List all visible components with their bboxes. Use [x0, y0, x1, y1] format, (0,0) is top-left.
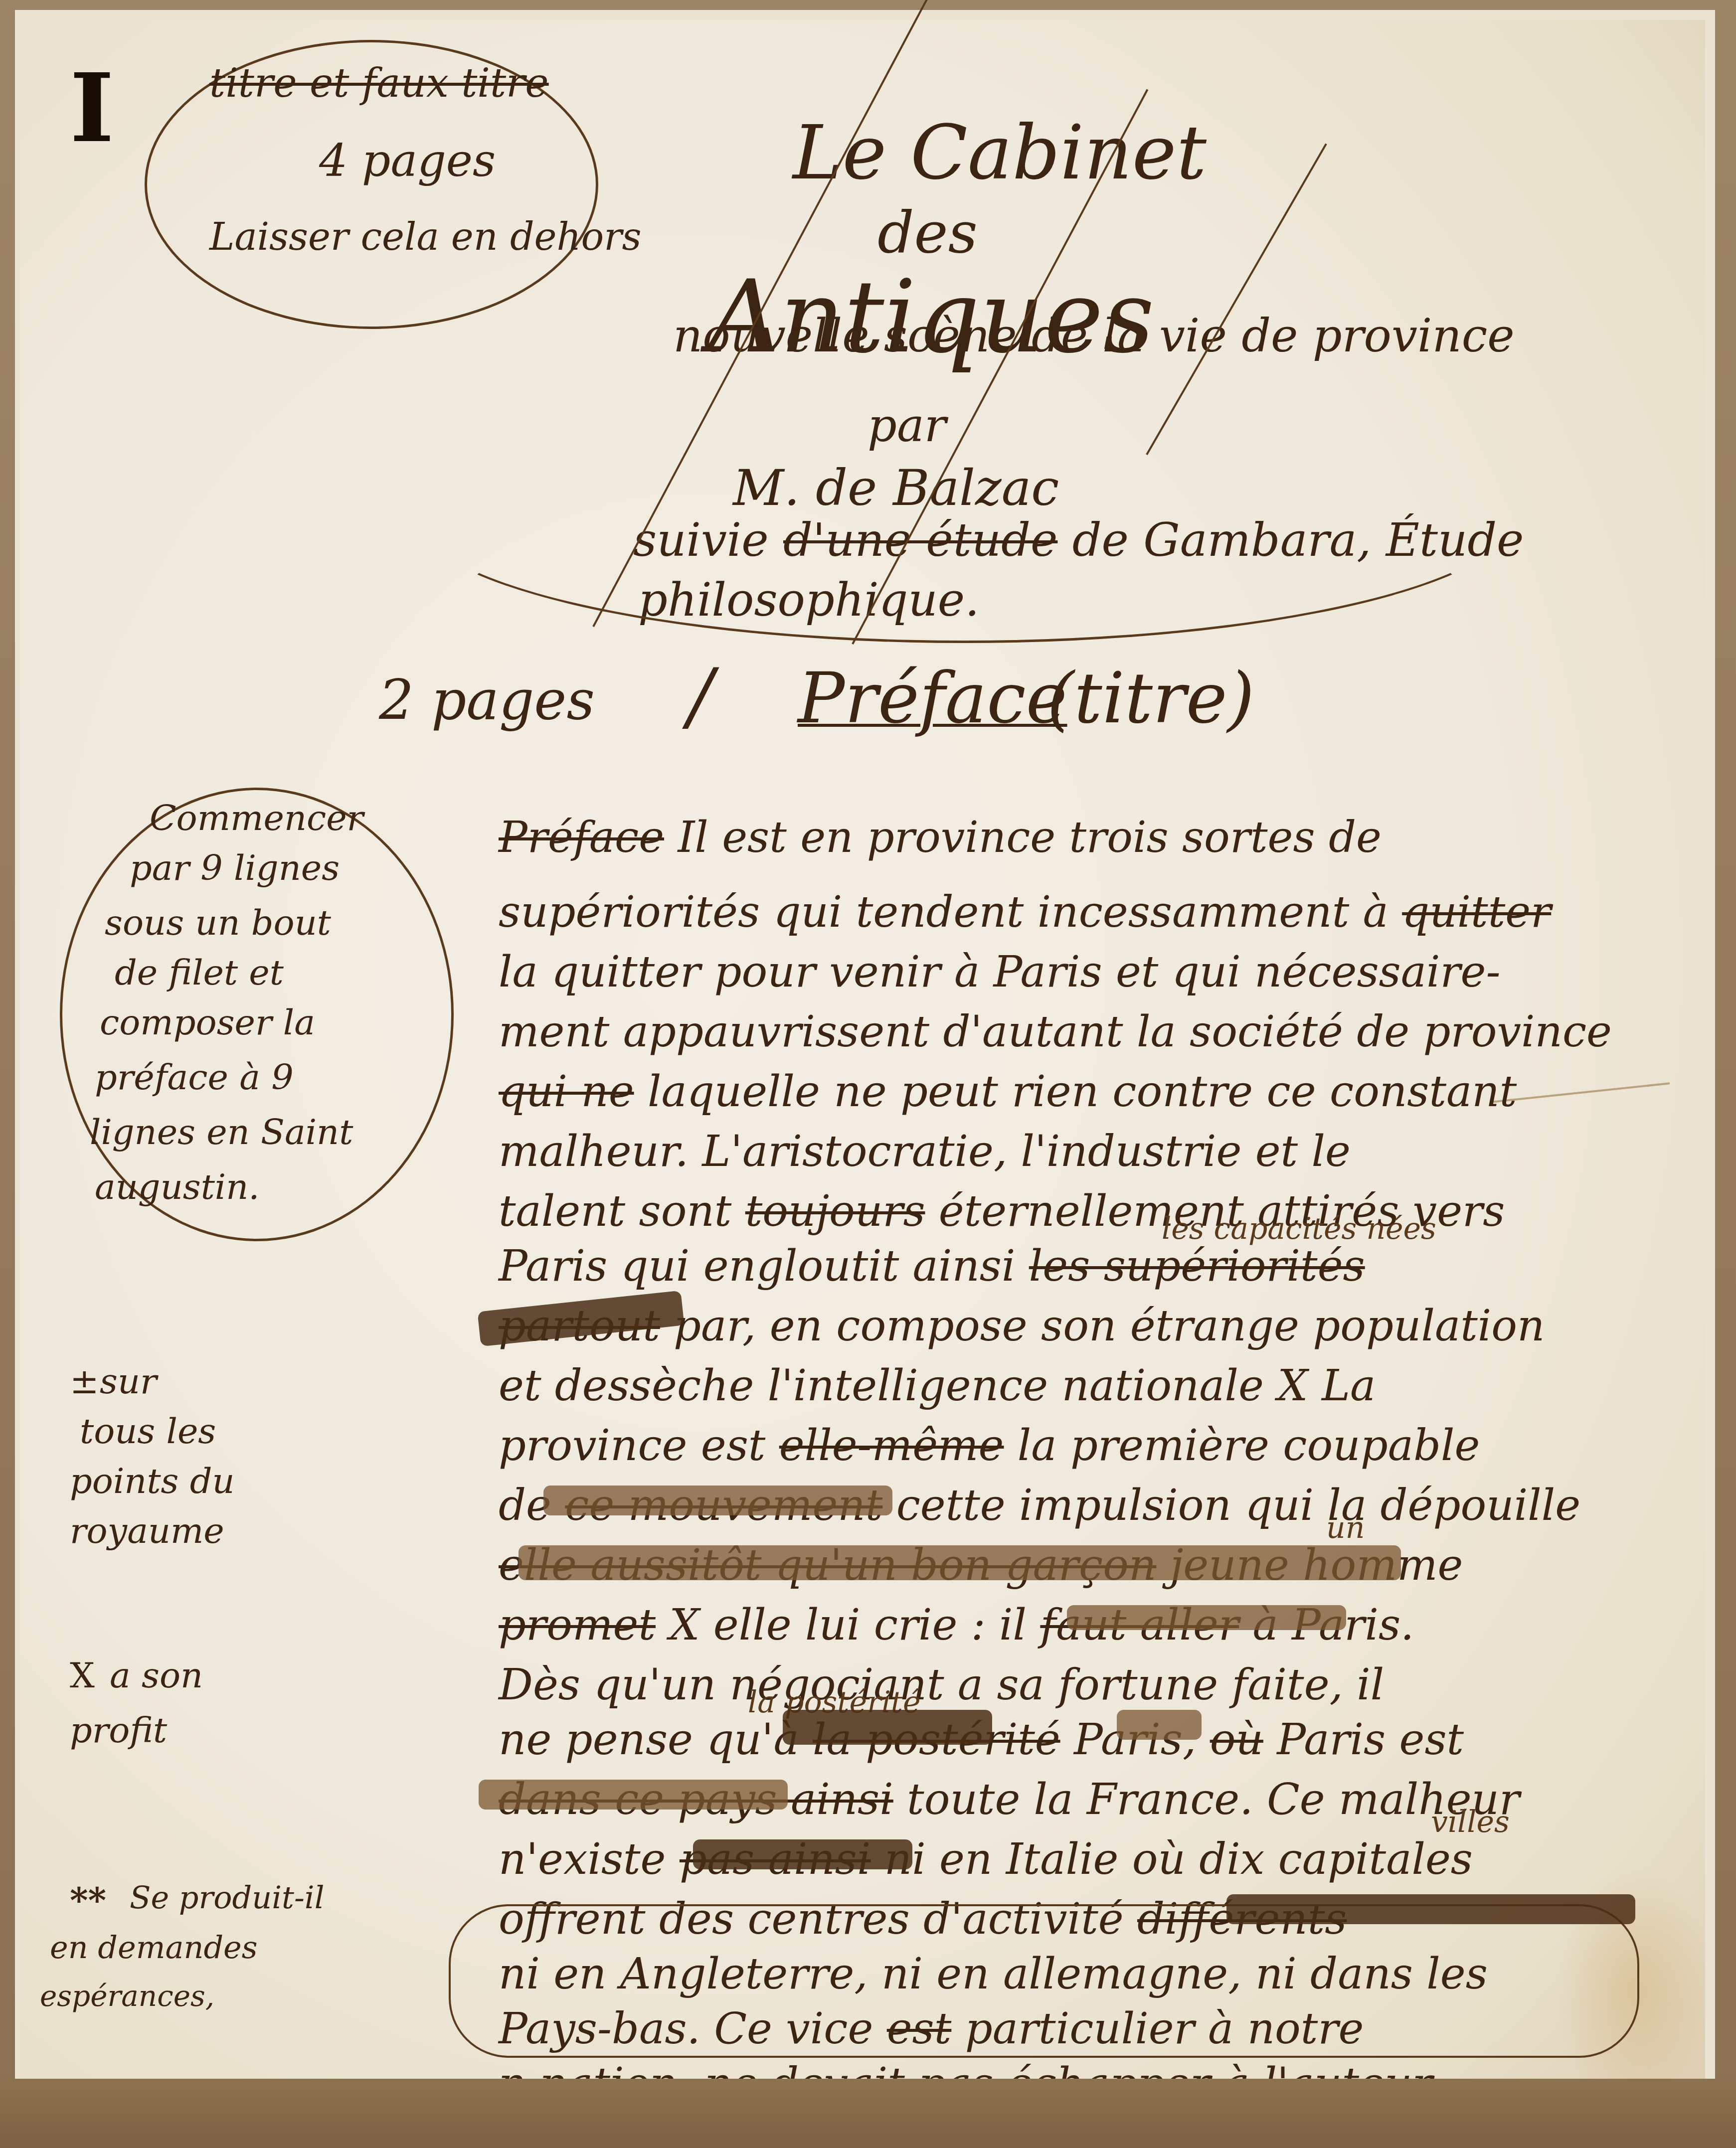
ink-blot [783, 1710, 992, 1745]
body-line: Pays-bas. Ce vice est particulier à notr… [499, 2004, 1364, 2054]
title-line-1: Le Cabinet [793, 110, 1207, 196]
line-text: laquelle ne peut rien contre ce constant [648, 1067, 1517, 1117]
cancel-curve [409, 379, 1521, 643]
note-line: Laisser cela en dehors [209, 214, 642, 259]
body-line: malheur. L'aristocratie, l'industrie et … [499, 1127, 1351, 1176]
line-text: capitales [1278, 1834, 1473, 1884]
ink-blot [1067, 1605, 1346, 1630]
struck-text: qui ne [499, 1067, 634, 1117]
body-line: ni en Angleterre, ni en allemagne, ni da… [499, 1949, 1488, 1999]
title-line-2: des [877, 199, 978, 266]
note-line: préface à 9 [95, 1057, 294, 1098]
note-line: royaume [70, 1510, 224, 1551]
ink-blot [479, 1780, 788, 1810]
margin-marker: ** [70, 1879, 106, 1921]
margin-marker: X [70, 1655, 95, 1696]
struck-text: quitter [1402, 887, 1551, 937]
note-line: a son [110, 1655, 203, 1696]
line-text: Il est en province trois sortes de [678, 813, 1381, 862]
note-line: points du [70, 1461, 235, 1501]
ink-blot [1117, 1710, 1202, 1740]
note-line: titre et faux titre [209, 60, 549, 106]
struck-text: promet [499, 1600, 656, 1650]
note-line: tous les [80, 1411, 216, 1452]
body-line: qui ne laquelle ne peut rien contre ce c… [499, 1067, 1517, 1117]
body-line: n'existe pas ainsi ni en Italie où dix c… [499, 1834, 1473, 1884]
preface-marker: / [688, 653, 713, 740]
line-text: n'existe [499, 1834, 666, 1884]
body-line: la quitter pour venir à Paris et qui néc… [499, 947, 1501, 997]
preface-note: (titre) [1047, 658, 1254, 739]
note-line: espérances, [40, 1979, 214, 2013]
body-line: supériorités qui tendent incessamment à … [499, 887, 1551, 937]
preface-title: Préface [798, 658, 1067, 739]
note-line: augustin. [95, 1166, 259, 1207]
note-line: 4 pages [319, 135, 496, 187]
line-text: la première coupable [1018, 1421, 1480, 1471]
struck-text: les supériorités [1029, 1241, 1365, 1291]
subtitle: nouvelle scène de la vie de province [673, 309, 1515, 362]
line-text: Paris est [1277, 1715, 1464, 1765]
note-line: sous un bout [105, 902, 331, 943]
page-bottom-edge [0, 2079, 1736, 2148]
note-line: composer la [100, 1002, 315, 1043]
body-line: Dès qu'un négociant a sa fortune faite, … [499, 1660, 1384, 1710]
note-line: en demandes [50, 1929, 258, 1966]
note-line: de filet et [115, 952, 284, 993]
struck-text: toujours [745, 1186, 925, 1236]
ink-blot [519, 1545, 1401, 1580]
ink-blot [543, 1486, 892, 1515]
line-text: province est [499, 1421, 765, 1471]
note-line: Se produit-il [130, 1879, 325, 1916]
note-line: sur [100, 1361, 157, 1402]
note-line: par 9 lignes [130, 847, 340, 888]
preface-pages: 2 pages [379, 668, 595, 732]
body-line: province est elle-même la première coupa… [499, 1421, 1480, 1471]
body-line: et dessèche l'intelligence nationale X L… [499, 1361, 1376, 1411]
line-text: X elle lui crie : il [669, 1600, 1027, 1650]
preface-label: Préface [798, 658, 1067, 739]
line-text: ne pense qu'à [499, 1715, 799, 1765]
note-line: profit [70, 1710, 167, 1751]
line-text: Paris qui engloutit ainsi [499, 1241, 1015, 1291]
ink-blot [1226, 1894, 1635, 1924]
line-text: cette impulsion qui la dépouille [896, 1481, 1581, 1530]
body-line: Préface Il est en province trois sortes … [499, 813, 1382, 862]
line-text: toute la France. Ce malheur [907, 1775, 1520, 1824]
note-line: lignes en Saint [90, 1112, 353, 1153]
body-line: ment appauvrissent d'autant la société d… [499, 1007, 1612, 1057]
line-text: par, en compose son étrange population [674, 1301, 1545, 1351]
paper-tear [1491, 1082, 1670, 1103]
struck-text: elle-même [779, 1421, 1004, 1471]
note-line: Commencer [150, 798, 363, 838]
struck-text: est [887, 2004, 952, 2054]
ink-blot [693, 1839, 912, 1869]
line-text: Pays-bas. Ce vice [499, 2004, 873, 2054]
line-text: particulier à notre [965, 2004, 1364, 2054]
line-text: ni en Italie où dix [884, 1834, 1264, 1884]
struck-text: où [1210, 1715, 1263, 1765]
folio-mark: I [70, 52, 114, 164]
struck-text: Préface [499, 813, 664, 862]
manuscript-page: I titre et faux titre 4 pages Laisser ce… [20, 20, 1705, 2114]
line-text: supériorités qui tendent incessamment à [499, 887, 1389, 937]
body-line: Paris qui engloutit ainsi les supériorit… [499, 1241, 1365, 1291]
margin-marker: ± [70, 1361, 99, 1402]
line-text: talent sont [499, 1186, 731, 1236]
